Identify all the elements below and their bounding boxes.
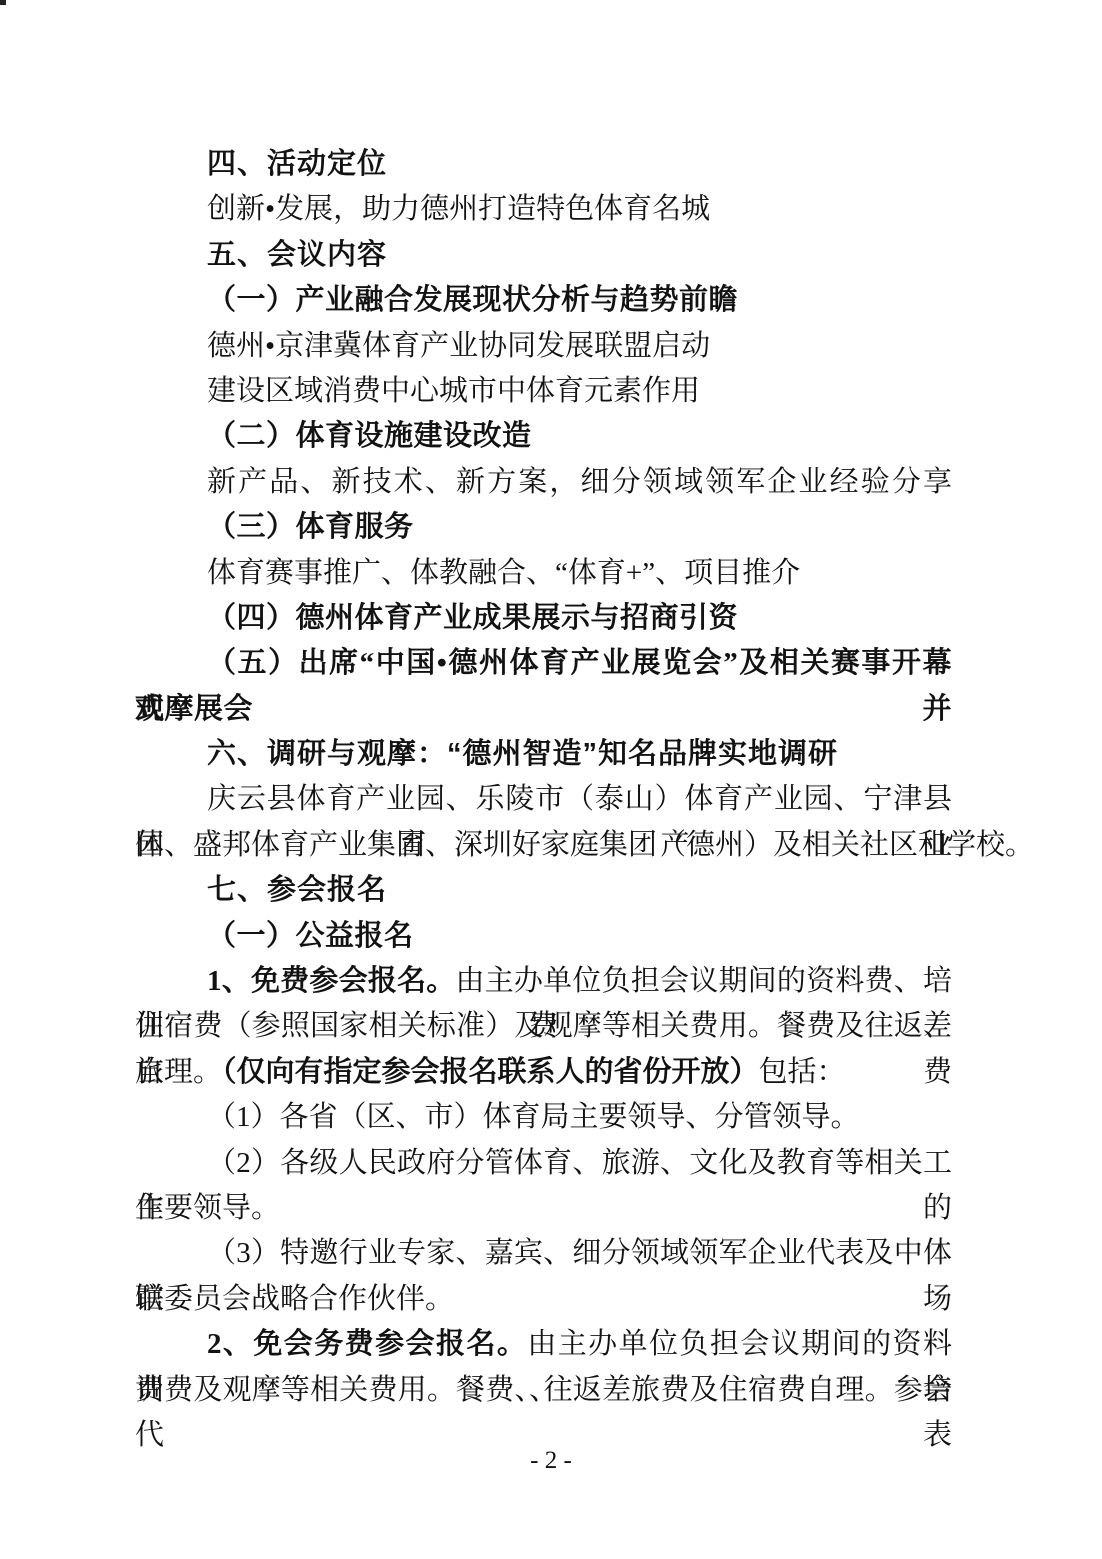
- paragraph-industrial-parks-line1: 庆云县体育产业园、乐陵市（泰山）体育产业园、宁津县体育产业: [135, 777, 952, 822]
- paragraph-no-conference-fee-line2: 训费及观摩等相关费用。餐费、往返差旅费及住宿费自理。参会代表: [135, 1368, 952, 1413]
- list-item-2-government-leaders-line1: （2）各级人民政府分管体育、旅游、文化及教育等相关工作的: [135, 1141, 952, 1186]
- includes-text: 包括：: [759, 1056, 846, 1088]
- document-body: 四、活动定位 创新•发展，助力德州打造特色体育名城 五、会议内容 （一）产业融合…: [135, 142, 952, 1413]
- scan-corner-artifact: [0, 0, 6, 5]
- paragraph-regional-consumption: 建设区域消费中心城市中体育元素作用: [135, 369, 952, 414]
- list-item-1-sports-bureau-leaders: （1）各省（区、市）体育局主要领导、分管领导。: [135, 1095, 952, 1140]
- heading-section-5-meeting-content: 五、会议内容: [135, 233, 952, 278]
- heading-section-4-activity-positioning: 四、活动定位: [135, 142, 952, 187]
- subheading-2-sports-facilities: （二）体育设施建设改造: [135, 414, 952, 459]
- page-number: - 2 -: [0, 1444, 1102, 1478]
- free-registration-lead: 1、免费参会报名。: [207, 965, 455, 997]
- designated-provinces-emphasis: （仅向有指定参会报名联系人的省份开放）: [222, 1056, 759, 1088]
- subheading-1-industry-integration: （一）产业融合发展现状分析与趋势前瞻: [135, 278, 952, 323]
- paragraph-jingjinji-alliance: 德州•京津冀体育产业协同发展联盟启动: [135, 324, 952, 369]
- paragraph-free-registration-line2: 住宿费（参照国家相关标准）及观摩等相关费用。餐费及往返差旅费: [135, 1004, 952, 1049]
- list-item-3-invited-experts-line1: （3）特邀行业专家、嘉宾、细分领域领军企业代表及中体联场: [135, 1231, 952, 1276]
- subheading-4-achievements-investment: （四）德州体育产业成果展示与招商引资: [135, 596, 952, 641]
- self-pay-text: 自理。: [135, 1056, 222, 1088]
- heading-section-6-research-observation: 六、调研与观摩：“德州智造”知名品牌实地调研: [135, 732, 952, 777]
- subheading-5-expo-opening-line1: （五）出席“中国•德州体育产业展览会”及相关赛事开幕式并: [135, 641, 952, 686]
- heading-section-7-registration: 七、参会报名: [135, 868, 952, 913]
- paragraph-sports-events: 体育赛事推广、体教融合、“体育+”、项目推介: [135, 551, 952, 596]
- paragraph-industrial-parks-line2: 园、盛邦体育产业集团、深圳好家庭集团（德州）及相关社区和学校。: [135, 823, 952, 868]
- paragraph-free-registration-line1: 1、免费参会报名。由主办单位负担会议期间的资料费、培训费、: [135, 959, 952, 1004]
- no-conference-fee-lead: 2、免会务费参会报名。: [207, 1328, 527, 1360]
- document-page: 四、活动定位 创新•发展，助力德州打造特色体育名城 五、会议内容 （一）产业融合…: [0, 0, 1102, 1559]
- subheading-1-public-welfare-registration: （一）公益报名: [135, 914, 952, 959]
- paragraph-free-registration-line3: 自理。（仅向有指定参会报名联系人的省份开放）包括：: [135, 1050, 952, 1095]
- paragraph-no-conference-fee-line1: 2、免会务费参会报名。由主办单位负担会议期间的资料费、培: [135, 1322, 952, 1367]
- paragraph-new-products: 新产品、新技术、新方案，细分领域领军企业经验分享: [135, 460, 952, 505]
- paragraph-activity-positioning: 创新•发展，助力德州打造特色体育名城: [135, 187, 952, 232]
- subheading-3-sports-services: （三）体育服务: [135, 505, 952, 550]
